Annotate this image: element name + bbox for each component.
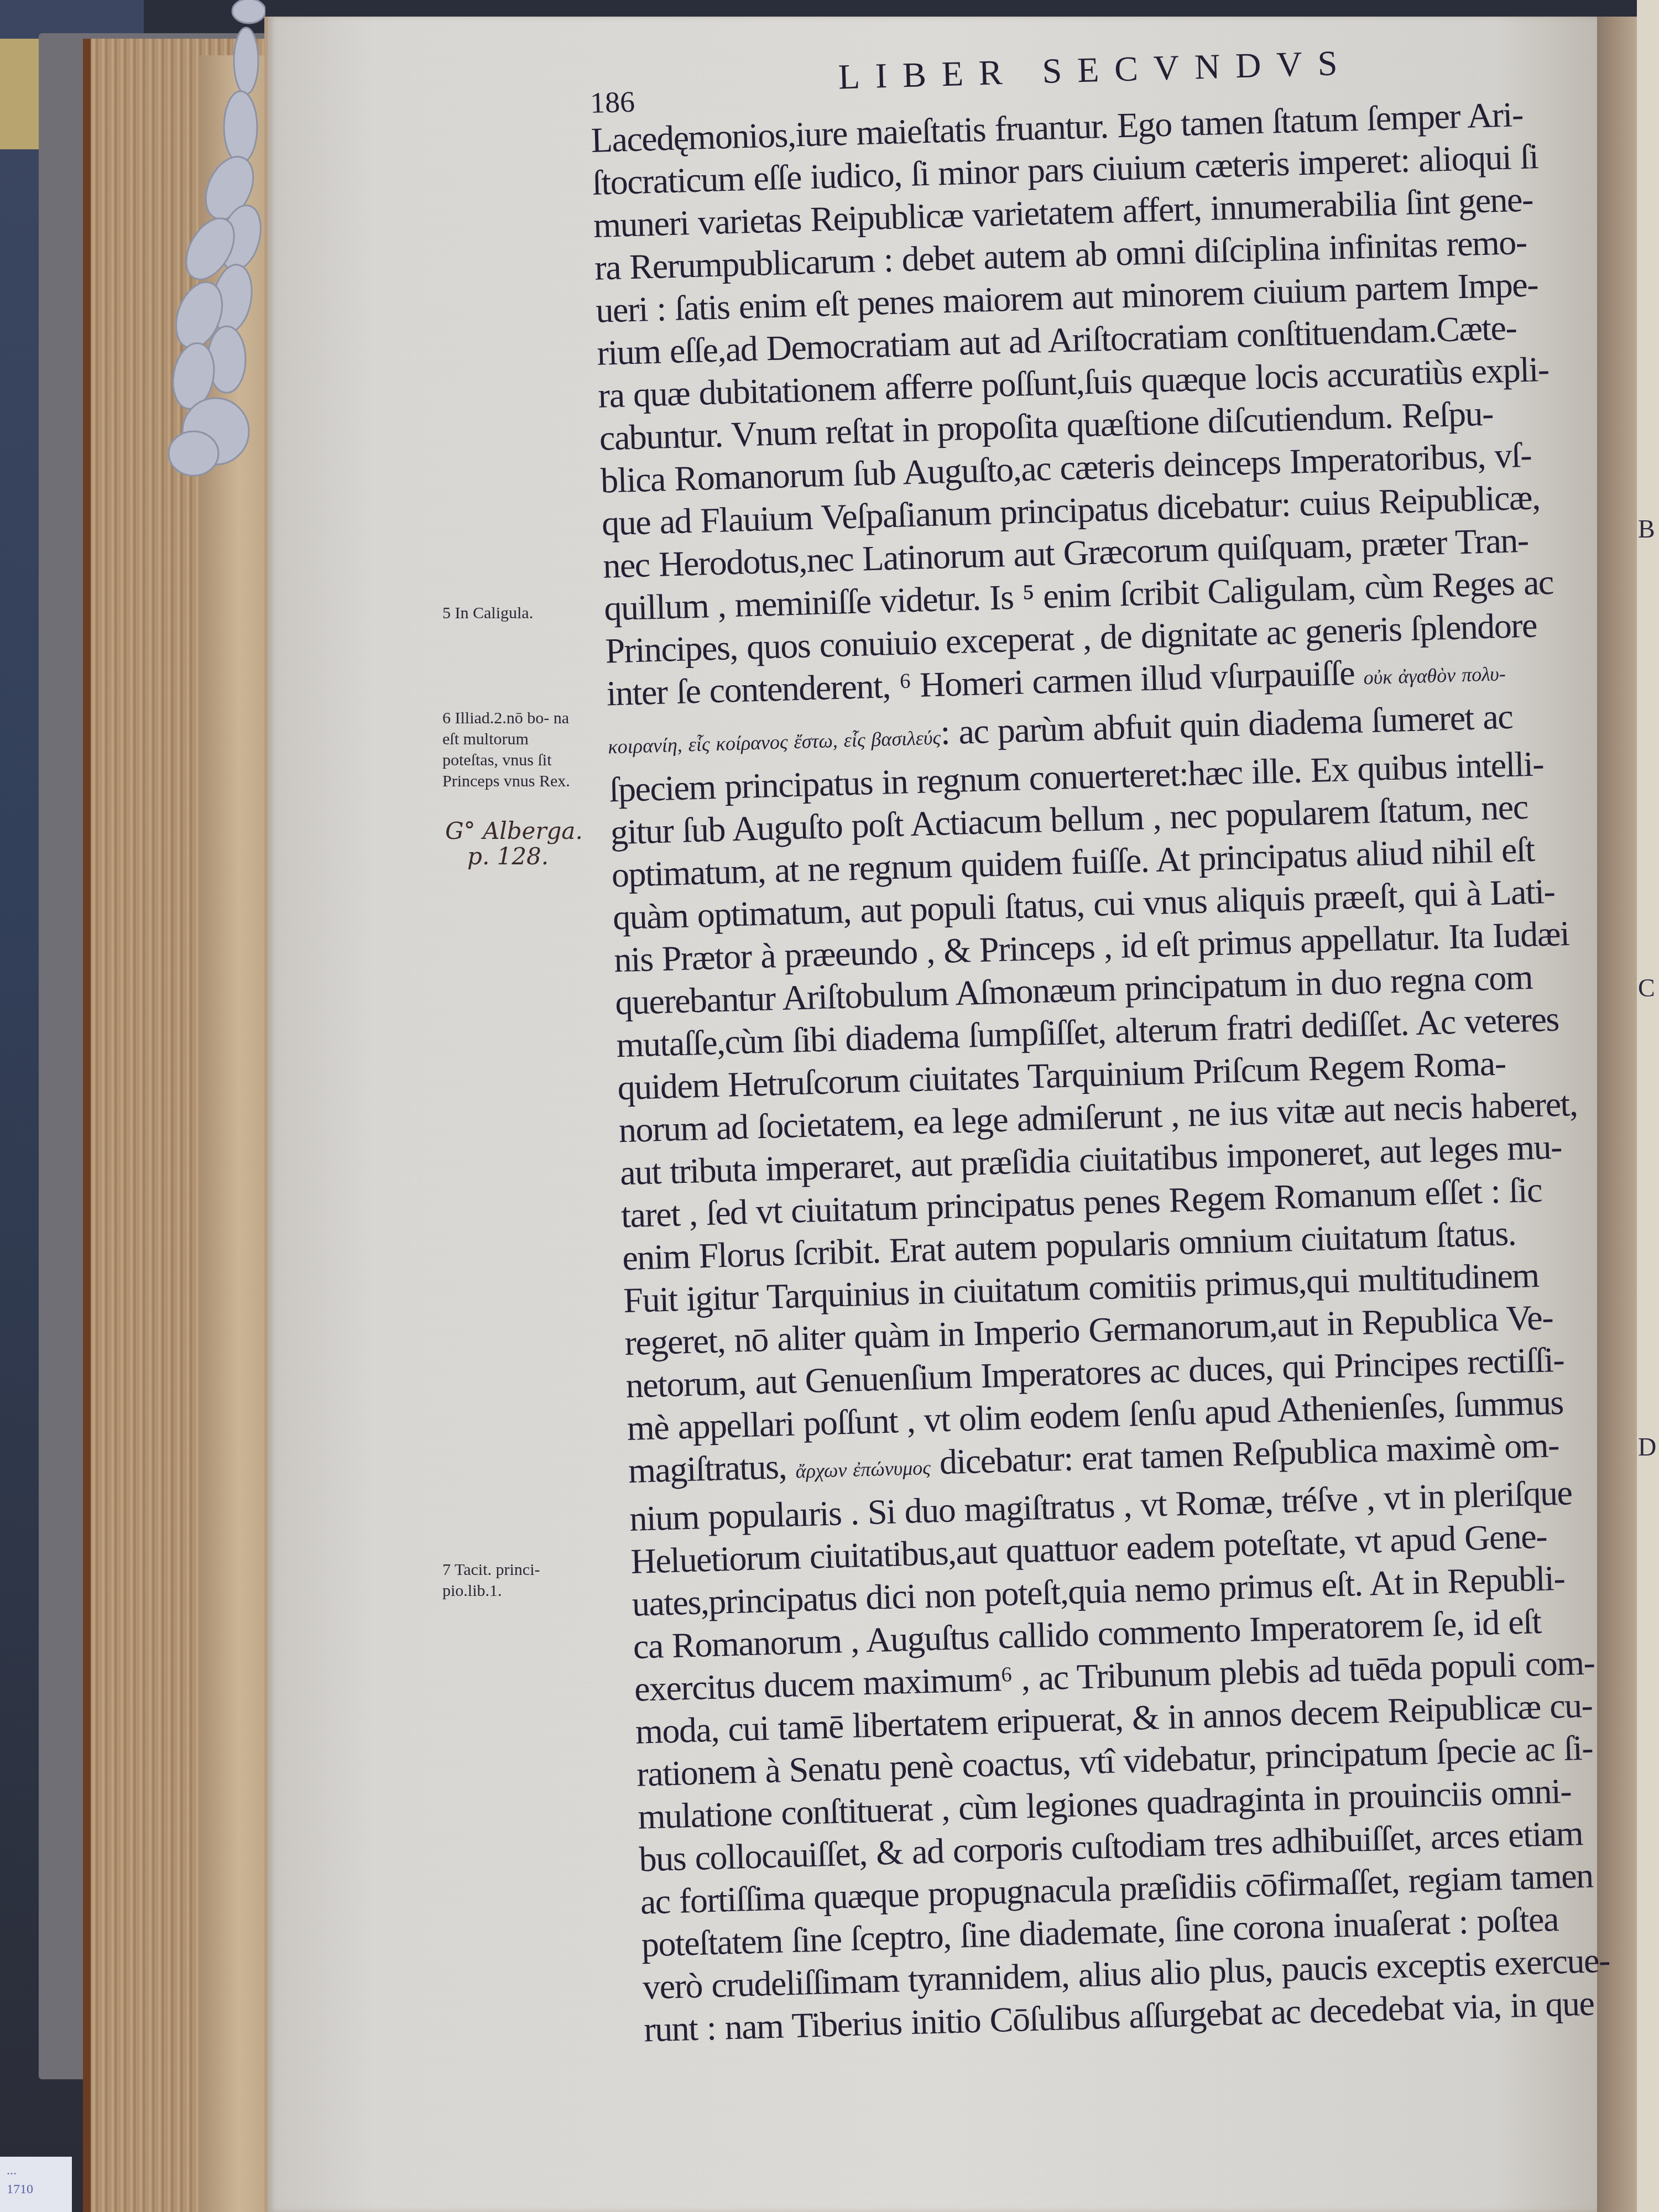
greek-quote: ἄρχων ἐπώνυμος [795, 1457, 931, 1483]
text-lines: Lacedęmonios,iure maieſtatis fruantur. E… [591, 91, 1640, 2051]
facing-page-letter: D [1638, 1432, 1656, 1462]
handwritten-annotation: G° Alberga. p. 128. [445, 818, 583, 869]
page-edges-inner [199, 55, 265, 2212]
note-marker: 6 [442, 709, 451, 727]
facing-page-letter: C [1638, 973, 1655, 1003]
facing-page-edge: B C D [1637, 0, 1659, 2212]
page-number: 186 [589, 85, 635, 120]
facing-page-letter: B [1638, 514, 1655, 544]
greek-quote: οὐκ ἀγαθὸν πολυ- [1363, 662, 1506, 688]
note-text: Tacit. princi- pio.lib.1. [442, 1561, 540, 1600]
handwritten-line: G° Alberga. [445, 818, 583, 844]
margin-note-5: 5 In Caligula. [442, 603, 575, 624]
text-segment: magiſtratus, [628, 1447, 787, 1490]
sticker-line: ... [7, 2161, 65, 2180]
handwritten-line: p. 128. [445, 844, 583, 869]
note-text: Illiad.2.nō bo- na eſt multorum poteſtas… [442, 709, 570, 790]
note-text: In Caligula. [455, 604, 534, 622]
margin-note-7: 7 Tacit. princi- pio.lib.1. [442, 1559, 575, 1601]
catalog-sticker: ... 1710 [0, 2157, 72, 2212]
note-marker: 5 [442, 604, 451, 622]
margin-note-6: 6 Illiad.2.nō bo- na eſt multorum poteſt… [442, 708, 575, 792]
note-marker: 7 [442, 1561, 451, 1579]
greek-quote: κοιρανίη, εἷς κοίρανος ἔστω, εἷς βασιλεύ… [608, 727, 941, 758]
sticker-line: 1710 [7, 2180, 65, 2199]
page-text-block: 186 LIBER SECVNDVS Lacedęmonios,iure mai… [589, 36, 1640, 2051]
